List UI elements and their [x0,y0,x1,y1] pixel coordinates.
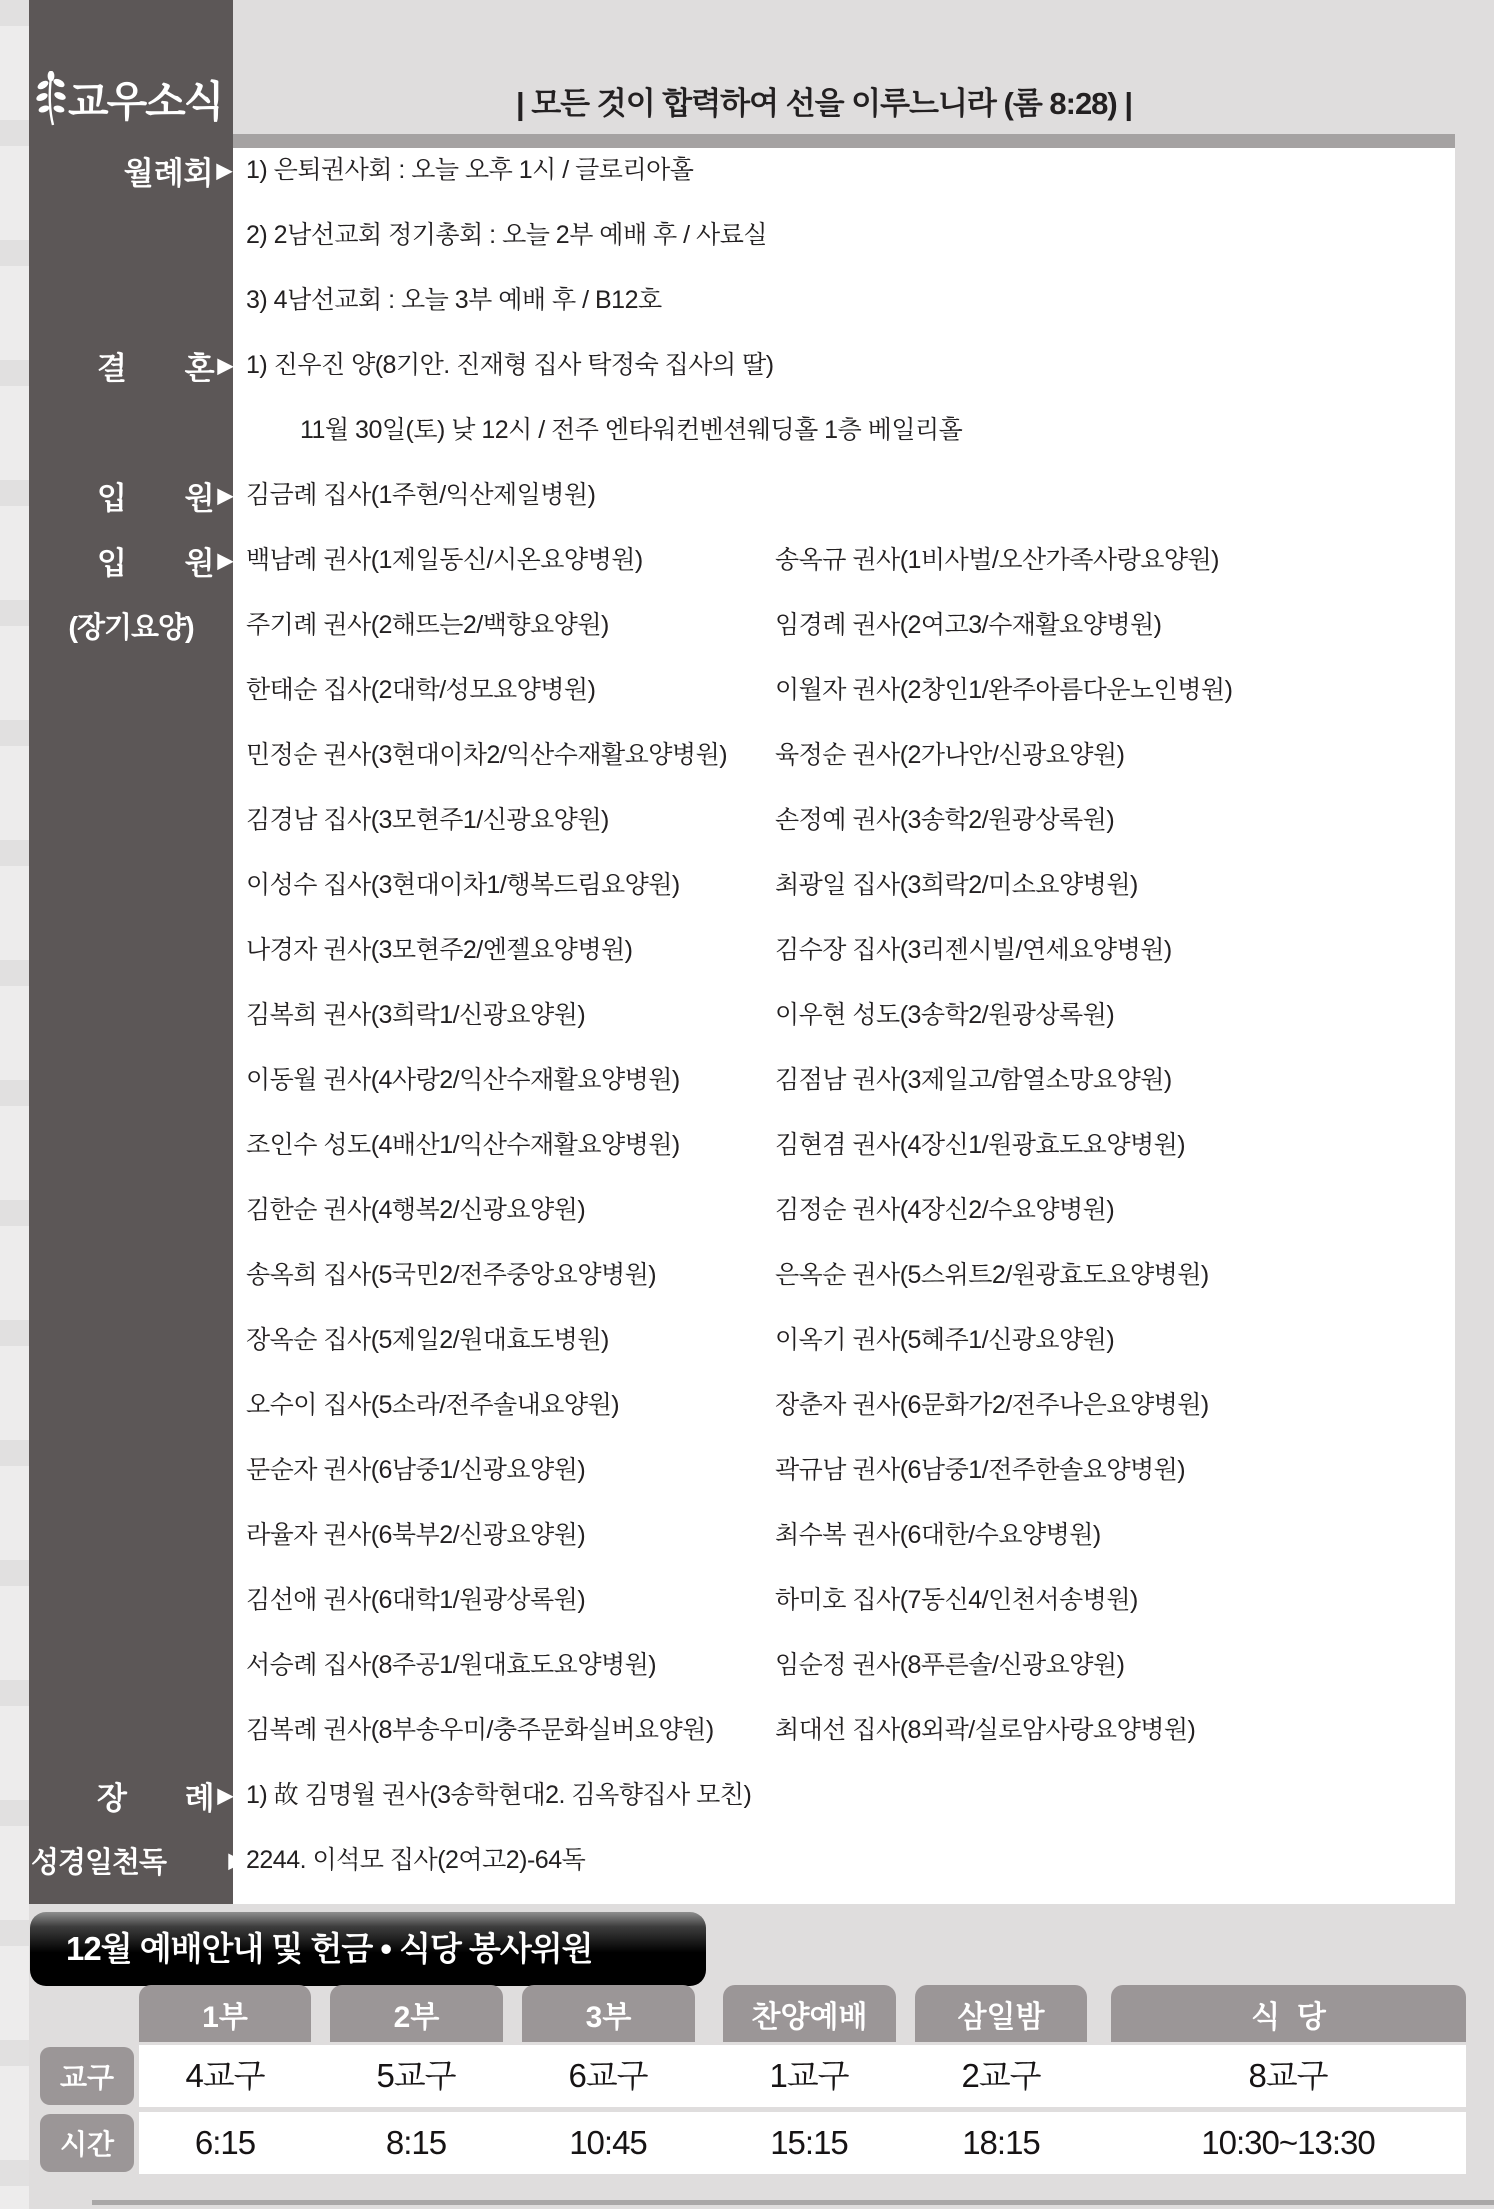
longterm-right-item: 이우현 성도(3송학2/원광상록원) [775,983,1232,1048]
wedding-line: 1) 진우진 양(8기안. 진재형 집사 탁정숙 집사의 딸) [246,333,962,398]
arrow-icon: ▶ [218,353,233,378]
bulletin-page: 교우소식 | 모든 것이 합력하여 선을 이루느니라 (롬 8:28) | 월례… [0,0,1494,2209]
label-funeral-last: 례 [185,1773,215,1818]
time-value: 10:30~13:30 [1201,2112,1374,2174]
label-bible-reading: 성경일천독▶ [31,1828,243,1892]
monthly-item: 2) 2남선교회 정기총회 : 오늘 2부 예배 후 / 사료실 [246,203,962,268]
page-title: 교우소식 [36,68,222,130]
longterm-right-item: 이월자 권사(2창인1/완주아름다운노인병원) [775,658,1232,723]
page-edge-artifacts [0,0,29,2209]
longterm-right-item: 임순정 권사(8푸른솔/신광요양원) [775,1633,1232,1698]
arrow-icon: ▶ [229,1848,243,1873]
column-header-wednesday: 삼일밤 [915,1985,1087,2042]
label-monthly-text: 월례회 [124,148,214,193]
column-header-1bu: 1부 [139,1985,311,2042]
longterm-right-item: 김수장 집사(3리젠시빌/연세요양병원) [775,918,1232,983]
label-longterm-first: 입 [97,538,127,583]
label-hospital-first: 입 [97,473,127,518]
longterm-right-item: 김정순 권사(4장신2/수요양병원) [775,1178,1232,1243]
column-header-2bu: 2부 [330,1985,503,2042]
page-title-text: 교우소식 [68,69,222,129]
longterm-right-item: 손정예 권사(3송학2/원광상록원) [775,788,1232,853]
longterm-right-item: 최수복 권사(6대한/수요양병원) [775,1503,1232,1568]
arrow-icon: ▶ [218,483,233,508]
district-value: 8교구 [1248,2045,1327,2107]
page-bottom-rule [92,2200,1494,2205]
longterm-right-item: 송옥규 권사(1비사벌/오산가족사랑요양원) [775,528,1232,593]
bible-reading-item: 2244. 이석모 집사(2여고2)-64독 [246,1828,962,1893]
label-hospitalized: 입 원▶ [97,463,233,527]
row-label-time: 시간 [40,2114,134,2172]
label-longterm-sub-text: (장기요양) [68,605,193,646]
longterm-right-item: 은옥순 권사(5스위트2/원광효도요양병원) [775,1243,1232,1308]
district-value: 2교구 [961,2045,1040,2107]
district-value: 4교구 [185,2045,264,2107]
label-longterm-sub: (장기요양) [29,593,233,657]
label-wedding-last: 혼 [185,343,215,388]
time-value: 6:15 [195,2112,255,2174]
time-value: 10:45 [569,2112,647,2174]
time-value: 18:15 [962,2112,1040,2174]
column-header-cafeteria: 식 당 [1111,1985,1466,2042]
section-sidebar [29,0,233,1904]
longterm-right-item: 이옥기 권사(5혜주1/신광요양원) [775,1308,1232,1373]
funeral-item: 1) 故 김명월 권사(3송학현대2. 김옥향집사 모친) [246,1763,962,1828]
sprig-icon [36,71,66,127]
longterm-right-item: 육정순 권사(2가나안/신광요양원) [775,723,1232,788]
longterm-right-item: 최대선 집사(8외곽/실로암사랑요양병원) [775,1698,1232,1763]
arrow-icon: ▶ [218,548,233,573]
label-longterm-last: 원 [185,538,215,583]
time-value: 15:15 [770,2112,848,2174]
label-longterm: 입 원▶ [97,528,233,592]
monthly-item: 3) 4남선교회 : 오늘 3부 예배 후 / B12호 [246,268,962,333]
label-monthly-meeting: 월례회▶ [104,138,232,202]
hospital-item: 김금례 집사(1주현/익산제일병원) [246,463,962,528]
longterm-right-item: 곽규남 권사(6남중1/전주한솔요양병원) [775,1438,1232,1503]
arrow-icon: ▶ [218,1783,233,1808]
right-text-column: 송옥규 권사(1비사벌/오산가족사랑요양원) 임경례 권사(2여고3/수재활요양… [775,528,1232,1763]
monthly-item: 1) 은퇴권사회 : 오늘 오후 1시 / 글로리아홀 [246,138,962,203]
column-header-3bu: 3부 [522,1985,695,2042]
longterm-right-item: 김점남 권사(3제일고/함열소망요양원) [775,1048,1232,1113]
label-funeral: 장 례▶ [97,1763,233,1827]
wedding-line: 11월 30일(토) 낮 12시 / 전주 엔타워컨벤션웨딩홀 1층 베일리홀 [246,398,962,463]
longterm-right-item: 김현겸 권사(4장신1/원광효도요양병원) [775,1113,1232,1178]
label-wedding: 결 혼▶ [97,333,233,397]
longterm-right-item: 최광일 집사(3희락2/미소요양병원) [775,853,1232,918]
label-funeral-first: 장 [97,1773,127,1818]
district-value: 1교구 [769,2045,848,2107]
longterm-right-item: 임경례 권사(2여고3/수재활요양병원) [775,593,1232,658]
district-value: 6교구 [568,2045,647,2107]
longterm-right-item: 장춘자 권사(6문화가2/전주나은요양병원) [775,1373,1232,1438]
district-value: 5교구 [376,2045,455,2107]
label-bible-reading-text: 성경일천독 [31,1840,166,1881]
longterm-right-item: 하미호 집사(7동신4/인천서송병원) [775,1568,1232,1633]
time-value: 8:15 [386,2112,446,2174]
verse-heading: | 모든 것이 합력하여 선을 이루느니라 (롬 8:28) | [233,78,1415,123]
label-hospital-last: 원 [185,473,215,518]
row-label-district: 교구 [40,2047,134,2105]
arrow-icon: ▶ [217,158,232,183]
label-wedding-first: 결 [97,343,127,388]
column-header-praise: 찬양예배 [723,1985,896,2042]
schedule-title-bar: 12월 예배안내 및 헌금 • 식당 봉사위원 [30,1912,706,1986]
